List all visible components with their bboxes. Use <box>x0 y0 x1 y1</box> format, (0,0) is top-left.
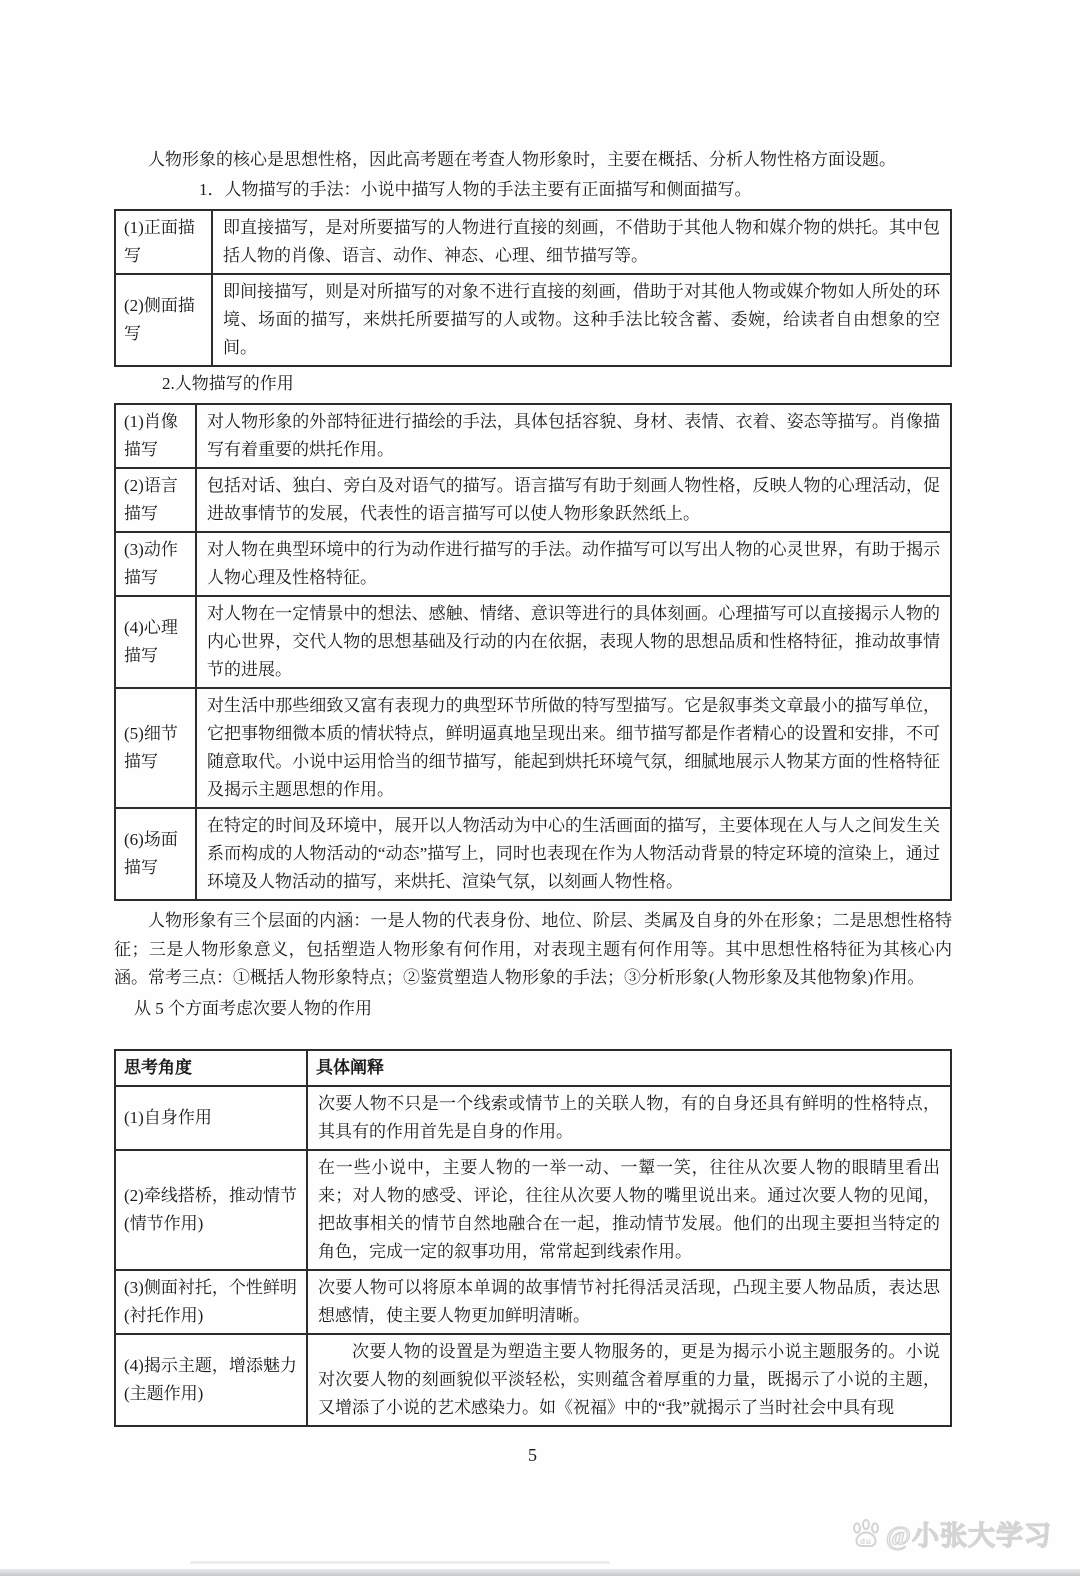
table-row: (3)侧面衬托，个性鲜明(衬托作用) 次要人物可以将原本单调的故事情节衬托得活灵… <box>115 1270 951 1334</box>
watermark-text: @小张大学习 <box>886 1522 1052 1550</box>
row-content-cell: 对人物在典型环境中的行为动作进行描写的手法。动作描写可以写出人物的心灵世界，有助… <box>196 532 951 596</box>
row-label-cell: (1)肖像描写 <box>115 404 196 468</box>
table-row: (1)正面描写 即直接描写，是对所要描写的人物进行直接的刻画，不借助于其他人物和… <box>115 210 951 274</box>
row-label-cell: (1)自身作用 <box>115 1086 307 1150</box>
intro-paragraph: 人物形象的核心是思想性格，因此高考题在考查人物形象时，主要在概括、分析人物性格方… <box>114 146 952 174</box>
table-minor-characters: 思考角度 具体阐释 (1)自身作用 次要人物不只是一个线索或情节上的关联人物，有… <box>114 1049 952 1427</box>
row-content-cell: 对人物形象的外部特征进行描绘的手法，具体包括容貌、身材、表情、衣着、姿态等描写。… <box>196 404 951 468</box>
table-row: (5)细节描写 对生活中那些细致又富有表现力的典型环节所做的特写型描写。它是叙事… <box>115 688 951 808</box>
table-description-functions: (1)肖像描写 对人物形象的外部特征进行描绘的手法，具体包括容貌、身材、表情、衣… <box>114 403 952 901</box>
table-row: (2)牵线搭桥，推动情节(情节作用) 在一些小说中，主要人物的一举一动、一颦一笑… <box>115 1150 951 1270</box>
baidu-paw-icon: du <box>850 1517 882 1554</box>
row-label-cell: (3)动作描写 <box>115 532 196 596</box>
row-label-cell: (1)正面描写 <box>115 210 212 274</box>
row-content-cell: 即直接描写，是对所要描写的人物进行直接的刻画，不借助于其他人物和媒介物的烘托。其… <box>212 210 951 274</box>
row-content-cell: 在特定的时间及环境中，展开以人物活动为中心的生活画面的描写，主要体现在人与人之间… <box>196 808 951 900</box>
page-number: 5 <box>114 1441 952 1469</box>
row-label-cell: (5)细节描写 <box>115 688 196 808</box>
heading-description-methods: 1．人物描写的手法：小说中描写人物的手法主要有正面描写和侧面描写。 <box>114 176 952 204</box>
svg-text:du: du <box>860 1537 872 1546</box>
row-label-cell: (2)侧面描写 <box>115 274 212 366</box>
row-label-cell: (2)语言描写 <box>115 468 196 532</box>
table-row: (4)揭示主题，增添魅力(主题作用) 次要人物的设置是为塑造主要人物服务的，更是… <box>115 1334 951 1426</box>
row-content-cell: 次要人物不只是一个线索或情节上的关联人物，有的自身还具有鲜明的性格特点，其具有的… <box>307 1086 951 1150</box>
watermark: du @小张大学习 <box>850 1517 1052 1554</box>
table-description-methods: (1)正面描写 即直接描写，是对所要描写的人物进行直接的刻画，不借助于其他人物和… <box>114 209 952 367</box>
row-label-cell: (6)场面描写 <box>115 808 196 900</box>
row-content-cell: 次要人物可以将原本单调的故事情节衬托得活灵活现，凸现主要人物品质，表达思想感情，… <box>307 1270 951 1334</box>
table-row: (3)动作描写 对人物在典型环境中的行为动作进行描写的手法。动作描写可以写出人物… <box>115 532 951 596</box>
table-row: (2)语言描写 包括对话、独白、旁白及对语气的描写。语言描写有助于刻画人物性格，… <box>115 468 951 532</box>
page-content: 人物形象的核心是思想性格，因此高考题在考查人物形象时，主要在概括、分析人物性格方… <box>114 146 952 1469</box>
row-label-cell: (3)侧面衬托，个性鲜明(衬托作用) <box>115 1270 307 1334</box>
table-row: (2)侧面描写 即间接描写，则是对所描写的对象不进行直接的刻画，借助于对其他人物… <box>115 274 951 366</box>
row-label-cell: (4)揭示主题，增添魅力(主题作用) <box>115 1334 307 1426</box>
heading-description-functions: 2.人物描写的作用 <box>114 370 952 398</box>
table-row: (4)心理描写 对人物在一定情景中的想法、感触、情绪、意识等进行的具体刻画。心理… <box>115 596 951 688</box>
row-label-cell: (4)心理描写 <box>115 596 196 688</box>
column-header-explanation: 具体阐释 <box>307 1050 951 1086</box>
row-label-cell: (2)牵线搭桥，推动情节(情节作用) <box>115 1150 307 1270</box>
table-header-row: 思考角度 具体阐释 <box>115 1050 951 1086</box>
scan-edge <box>0 1569 1080 1576</box>
row-content-cell: 在一些小说中，主要人物的一举一动、一颦一笑，往往从次要人物的眼睛里看出来；对人物… <box>307 1150 951 1270</box>
heading-five-aspects: 从 5 个方面考虑次要人物的作用 <box>114 995 952 1023</box>
row-content-cell: 次要人物的设置是为塑造主要人物服务的，更是为揭示小说主题服务的。小说对次要人物的… <box>307 1334 951 1426</box>
table-row: (1)自身作用 次要人物不只是一个线索或情节上的关联人物，有的自身还具有鲜明的性… <box>115 1086 951 1150</box>
column-header-angle: 思考角度 <box>115 1050 307 1086</box>
document-page: 人物形象的核心是思想性格，因此高考题在考查人物形象时，主要在概括、分析人物性格方… <box>0 0 1080 1576</box>
scan-artifact <box>190 1561 610 1564</box>
row-content-cell: 包括对话、独白、旁白及对语气的描写。语言描写有助于刻画人物性格，反映人物的心理活… <box>196 468 951 532</box>
character-layers-paragraph: 人物形象有三个层面的内涵：一是人物的代表身份、地位、阶层、类属及自身的外在形象；… <box>114 907 952 993</box>
table-row: (1)肖像描写 对人物形象的外部特征进行描绘的手法，具体包括容貌、身材、表情、衣… <box>115 404 951 468</box>
row-content-cell: 对人物在一定情景中的想法、感触、情绪、意识等进行的具体刻画。心理描写可以直接揭示… <box>196 596 951 688</box>
table-row: (6)场面描写 在特定的时间及环境中，展开以人物活动为中心的生活画面的描写，主要… <box>115 808 951 900</box>
row-content-cell: 即间接描写，则是对所描写的对象不进行直接的刻画，借助于对其他人物或媒介物如人所处… <box>212 274 951 366</box>
row-content-cell: 对生活中那些细致又富有表现力的典型环节所做的特写型描写。它是叙事类文章最小的描写… <box>196 688 951 808</box>
